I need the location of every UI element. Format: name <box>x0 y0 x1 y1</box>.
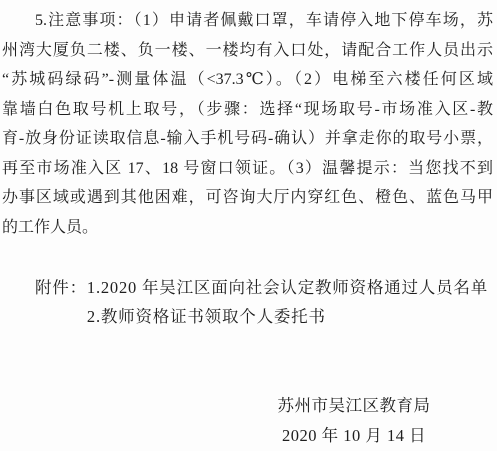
notice-line: 育-放身份证读取信息-输入手机号码-确认）并拿走你的取号小票， <box>2 124 493 154</box>
attachments-label: 附件： <box>35 273 87 302</box>
document-page: 5.注意事项：（1）申请者佩戴口罩，车请停入地下停车场，苏州湾大厦负二楼、负一楼… <box>0 0 497 451</box>
attachments-block: 附件： 1.2020 年吴江区面向社会认定教师资格通过人员名单2.教师资格证书领… <box>2 273 493 331</box>
notice-line: “苏城码绿码”-测量体温（<37.3℃）。（2）电梯至六楼任何区域 <box>2 65 493 95</box>
attachment-item: 2.教师资格证书领取个人委托书 <box>87 302 493 331</box>
notice-paragraph: 5.注意事项：（1）申请者佩戴口罩，车请停入地下停车场，苏州湾大厦负二楼、负一楼… <box>2 6 493 242</box>
attachments-list: 1.2020 年吴江区面向社会认定教师资格通过人员名单2.教师资格证书领取个人委… <box>87 273 493 331</box>
notice-line: 州湾大厦负二楼、负一楼、一楼均有入口处，请配合工作人员出示 <box>2 36 493 66</box>
signature-block: 苏州市吴江区教育局 2020 年 10 月 14 日 <box>274 391 434 451</box>
notice-line: 再至市场准入区 17、18 号窗口领证。（3）温馨提示：当您找不到 <box>2 154 493 184</box>
notice-line: 靠墙白色取号机上取号，（步骤：选择“现场取号-市场准入区-教 <box>2 95 493 125</box>
notice-line: 办事区域或遇到其他困难，可咨询大厅内穿红色、橙色、蓝色马甲 <box>2 183 493 213</box>
notice-line: 5.注意事项：（1）申请者佩戴口罩，车请停入地下停车场，苏 <box>2 6 493 36</box>
signature-organization: 苏州市吴江区教育局 <box>274 391 434 421</box>
signature-date: 2020 年 10 月 14 日 <box>274 421 434 451</box>
attachment-item: 1.2020 年吴江区面向社会认定教师资格通过人员名单 <box>87 273 493 302</box>
notice-line: 的工作人员。 <box>2 213 493 243</box>
